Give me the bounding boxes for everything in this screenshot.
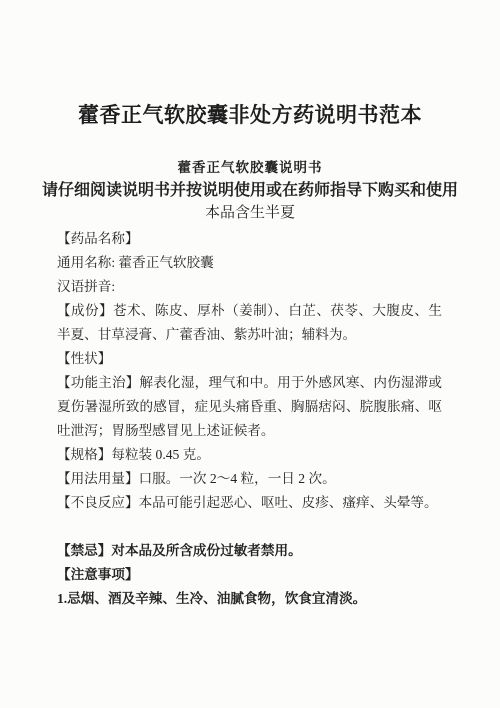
section-label-specification: 【规格】 (57, 447, 111, 462)
section-label-adverse-reactions: 【不良反应】 (57, 495, 139, 510)
section-text-specification: 每粒装 0.45 克。 (111, 447, 210, 462)
section-label-ingredients: 【成份】 (57, 303, 113, 318)
para-dosage: 【用法用量】口服。一次 2～4 粒，一日 2 次。 (57, 467, 442, 491)
para-specification: 【规格】每粒装 0.45 克。 (57, 443, 442, 467)
drug-instruction-document: 藿香正气软胶囊非处方药说明书范本 藿香正气软胶囊说明书 请仔细阅读说明书并按说明… (0, 0, 500, 708)
section-text-adverse-reactions: 本品可能引起恶心、呕吐、皮疹、瘙痒、头晕等。 (139, 495, 438, 510)
section-text-dosage: 口服。一次 2～4 粒，一日 2 次。 (139, 471, 336, 486)
section-text-pinyin: 汉语拼音: (57, 279, 115, 294)
para-precaution-item-1: 1.忌烟、酒及辛辣、生冷、油腻食物，饮食宜清淡。 (57, 587, 442, 611)
document-body: 【药品名称】 通用名称: 藿香正气软胶囊 汉语拼音: 【成份】苍术、陈皮、厚朴（… (0, 227, 500, 611)
contains-ingredient-note: 本品含生半夏 (0, 202, 500, 224)
section-label-functions: 【功能主治】 (57, 375, 140, 390)
document-title: 藿香正气软胶囊非处方药说明书范本 (0, 0, 500, 130)
para-ingredients: 【成份】苍术、陈皮、厚朴（姜制）、白芷、茯苓、大腹皮、生半夏、甘草浸膏、广藿香油… (57, 299, 442, 347)
section-text-ingredients: 苍术、陈皮、厚朴（姜制）、白芷、茯苓、大腹皮、生半夏、甘草浸膏、广藿香油、紫苏叶… (57, 303, 442, 342)
section-text-generic-name: 通用名称: 藿香正气软胶囊 (57, 255, 214, 270)
section-label-drug-name: 【药品名称】 (57, 231, 139, 246)
section-label-contraindications: 【禁忌】 (57, 543, 111, 558)
para-functions-indications: 【功能主治】解表化湿，理气和中。用于外感风寒、内伤湿滞或夏伤暑湿所致的感冒，症见… (57, 371, 442, 443)
para-drug-name: 【药品名称】 (57, 227, 442, 251)
para-generic-name: 通用名称: 藿香正气软胶囊 (57, 251, 442, 275)
section-label-dosage: 【用法用量】 (57, 471, 139, 486)
para-adverse-reactions: 【不良反应】本品可能引起恶心、呕吐、皮疹、瘙痒、头晕等。 (57, 491, 442, 515)
para-pinyin: 汉语拼音: (57, 275, 442, 299)
section-label-precautions: 【注意事项】 (57, 567, 139, 582)
para-description: 【性状】 (57, 347, 442, 371)
para-precautions: 【注意事项】 (57, 563, 442, 587)
para-contraindications: 【禁忌】对本品及所含成份过敏者禁用。 (57, 539, 442, 563)
leaflet-subtitle: 藿香正气软胶囊说明书 (0, 158, 500, 178)
section-label-description: 【性状】 (57, 351, 111, 366)
section-text-contraindications: 对本品及所含成份过敏者禁用。 (111, 543, 301, 558)
read-carefully-notice: 请仔细阅读说明书并按说明使用或在药师指导下购买和使用 (0, 180, 500, 202)
section-text-precaution-item-1: 1.忌烟、酒及辛辣、生冷、油腻食物，饮食宜清淡。 (57, 591, 366, 606)
